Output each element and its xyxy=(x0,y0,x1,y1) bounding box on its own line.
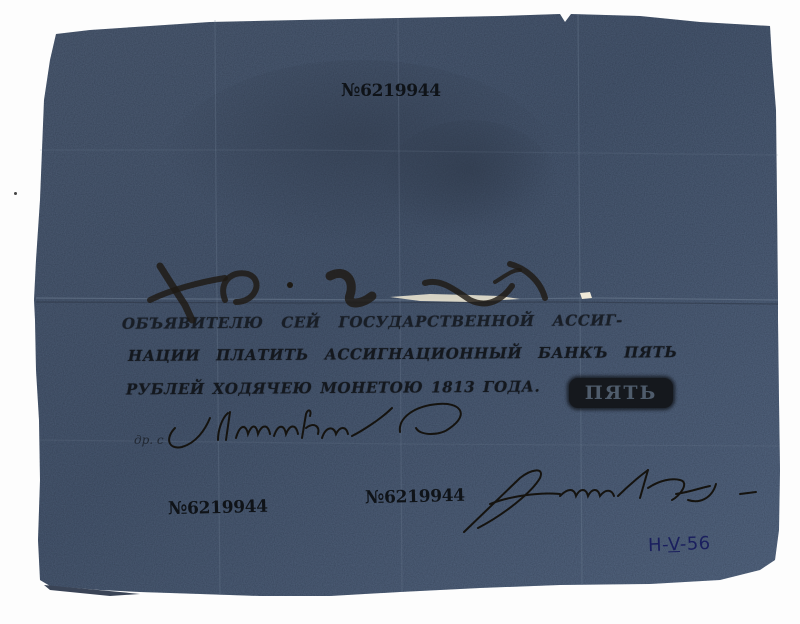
serial-value: 6219944 xyxy=(384,486,465,508)
numero-sign: № xyxy=(168,498,188,519)
archive-inventory-mark: H-V-56 xyxy=(648,533,711,556)
serial-value: 6219944 xyxy=(187,497,268,519)
text-line-2: нации платить ассигнационный банкъ пять xyxy=(128,343,678,365)
archive-letter: H xyxy=(648,535,663,556)
serial-number-top: №6219944 xyxy=(341,80,441,101)
text-line-3: рублей ходячею монетою 1813 года. xyxy=(126,378,540,399)
denomination-stamp: пять xyxy=(569,378,673,408)
signature-prefix: др. с xyxy=(134,433,164,447)
numero-sign: № xyxy=(365,487,385,508)
text-line-1: Объявителю сей государственной ассиг- xyxy=(122,311,623,332)
serial-number-bottom-left: №6219944 xyxy=(168,496,268,520)
serial-number-bottom-middle: №6219944 xyxy=(365,485,465,509)
numero-sign: № xyxy=(341,80,360,101)
archive-number: 56 xyxy=(686,533,711,555)
archive-roman: V xyxy=(668,534,680,555)
serial-value: 6219944 xyxy=(360,81,441,101)
scan-canvas: №6219944 Объявителю сей государственной … xyxy=(0,0,800,624)
denomination-word: пять xyxy=(585,382,658,404)
